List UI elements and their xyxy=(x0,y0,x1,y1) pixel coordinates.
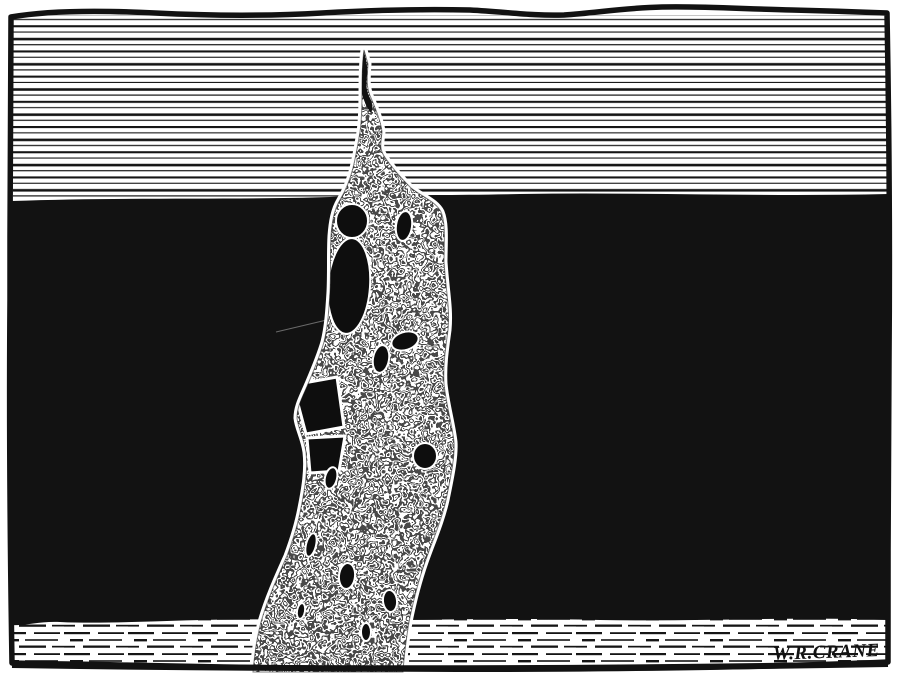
vein-inclusion xyxy=(336,204,368,238)
vein-inclusion xyxy=(361,623,371,641)
vein-cross-section-drawing: W.R.CRANE xyxy=(0,0,900,680)
engraving-figure: W.R.CRANE xyxy=(0,0,900,680)
vein-inclusion-block xyxy=(307,436,345,473)
hatched-stratum xyxy=(13,15,887,200)
vein-inclusion xyxy=(413,443,437,469)
